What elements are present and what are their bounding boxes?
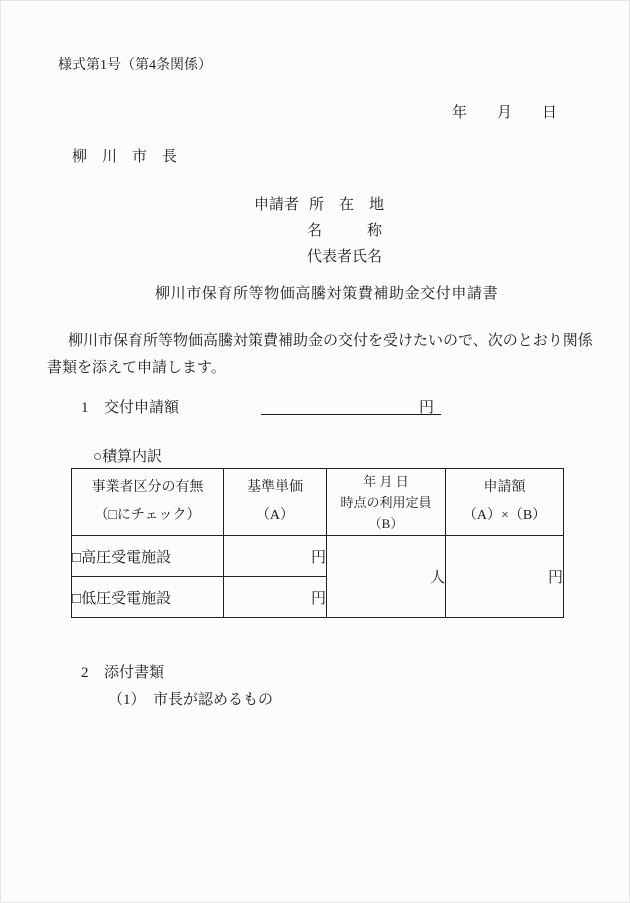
- applicant-label: 申請者: [254, 196, 299, 216]
- header-application-amount-line1: 申請額: [446, 474, 563, 502]
- header-capacity-line3: （B）: [327, 513, 445, 534]
- high-voltage-facility-label: 高圧受電施設: [81, 550, 171, 566]
- section2-item1: （1） 市長が認めるもの: [108, 691, 273, 711]
- header-business-category: 事業者区分の有無 （□にチェック）: [72, 469, 224, 536]
- header-unit-price: 基準単価 （A）: [224, 469, 327, 536]
- document-title: 柳川市保育所等物価高騰対策費補助金交付申請書: [155, 285, 498, 305]
- low-voltage-checkbox-icon[interactable]: □: [72, 591, 81, 608]
- header-unit-price-line2: （A）: [224, 502, 326, 530]
- section2-number: 2: [81, 664, 89, 684]
- header-capacity-line2: 時点の利用定員: [327, 492, 445, 513]
- application-amount-unit: 円: [419, 400, 434, 416]
- low-voltage-facility-cell: □低圧受電施設: [72, 577, 224, 618]
- header-business-category-line1: 事業者区分の有無: [72, 474, 223, 502]
- section2-label: 添付書類: [104, 664, 164, 684]
- body-paragraph-line1: 柳川市保育所等物価高騰対策費補助金の交付を受けたいので、次のとおり関係: [68, 332, 593, 352]
- high-voltage-checkbox-icon[interactable]: □: [72, 550, 81, 567]
- high-voltage-facility-cell: □高圧受電施設: [72, 536, 224, 577]
- date-line: 年 月 日: [452, 104, 557, 124]
- header-application-amount: 申請額 （A）×（B）: [446, 469, 564, 536]
- low-voltage-facility-label: 低圧受電施設: [81, 591, 171, 607]
- applicant-address-label: 所 在 地: [309, 196, 384, 216]
- document-page: 様式第1号（第4条関係） 年 月 日 柳川市長 申請者 所 在 地 名 称 代表…: [0, 0, 630, 903]
- header-unit-price-line1: 基準単価: [224, 474, 326, 502]
- capacity-cell: 人: [327, 536, 446, 618]
- breakdown-table: 事業者区分の有無 （□にチェック） 基準単価 （A） 年 月 日 時点の利用定員…: [71, 468, 564, 618]
- breakdown-heading: ○積算内訳: [93, 448, 162, 468]
- body-paragraph-line2: 書類を添えて申請します。: [47, 359, 226, 379]
- low-voltage-unit-price-cell: 円: [224, 577, 327, 618]
- addressee-mayor: 柳川市長: [72, 148, 192, 168]
- form-number: 様式第1号（第4条関係）: [58, 57, 212, 75]
- high-voltage-unit-price-cell: 円: [224, 536, 327, 577]
- applicant-name-label: 名 称: [307, 222, 382, 242]
- table-row: □高圧受電施設 円 人 円: [72, 536, 564, 577]
- applicant-representative-label: 代表者氏名: [307, 248, 382, 268]
- total-amount-cell: 円: [446, 536, 564, 618]
- header-application-amount-line2: （A）×（B）: [446, 502, 563, 530]
- header-capacity: 年 月 日 時点の利用定員 （B）: [327, 469, 446, 536]
- section1-number: 1: [81, 399, 89, 419]
- section1-label: 交付申請額: [104, 399, 179, 419]
- header-business-category-line2: （□にチェック）: [72, 502, 223, 530]
- application-amount-field[interactable]: 円: [261, 396, 441, 415]
- table-header-row: 事業者区分の有無 （□にチェック） 基準単価 （A） 年 月 日 時点の利用定員…: [72, 469, 564, 536]
- header-capacity-line1: 年 月 日: [327, 471, 445, 492]
